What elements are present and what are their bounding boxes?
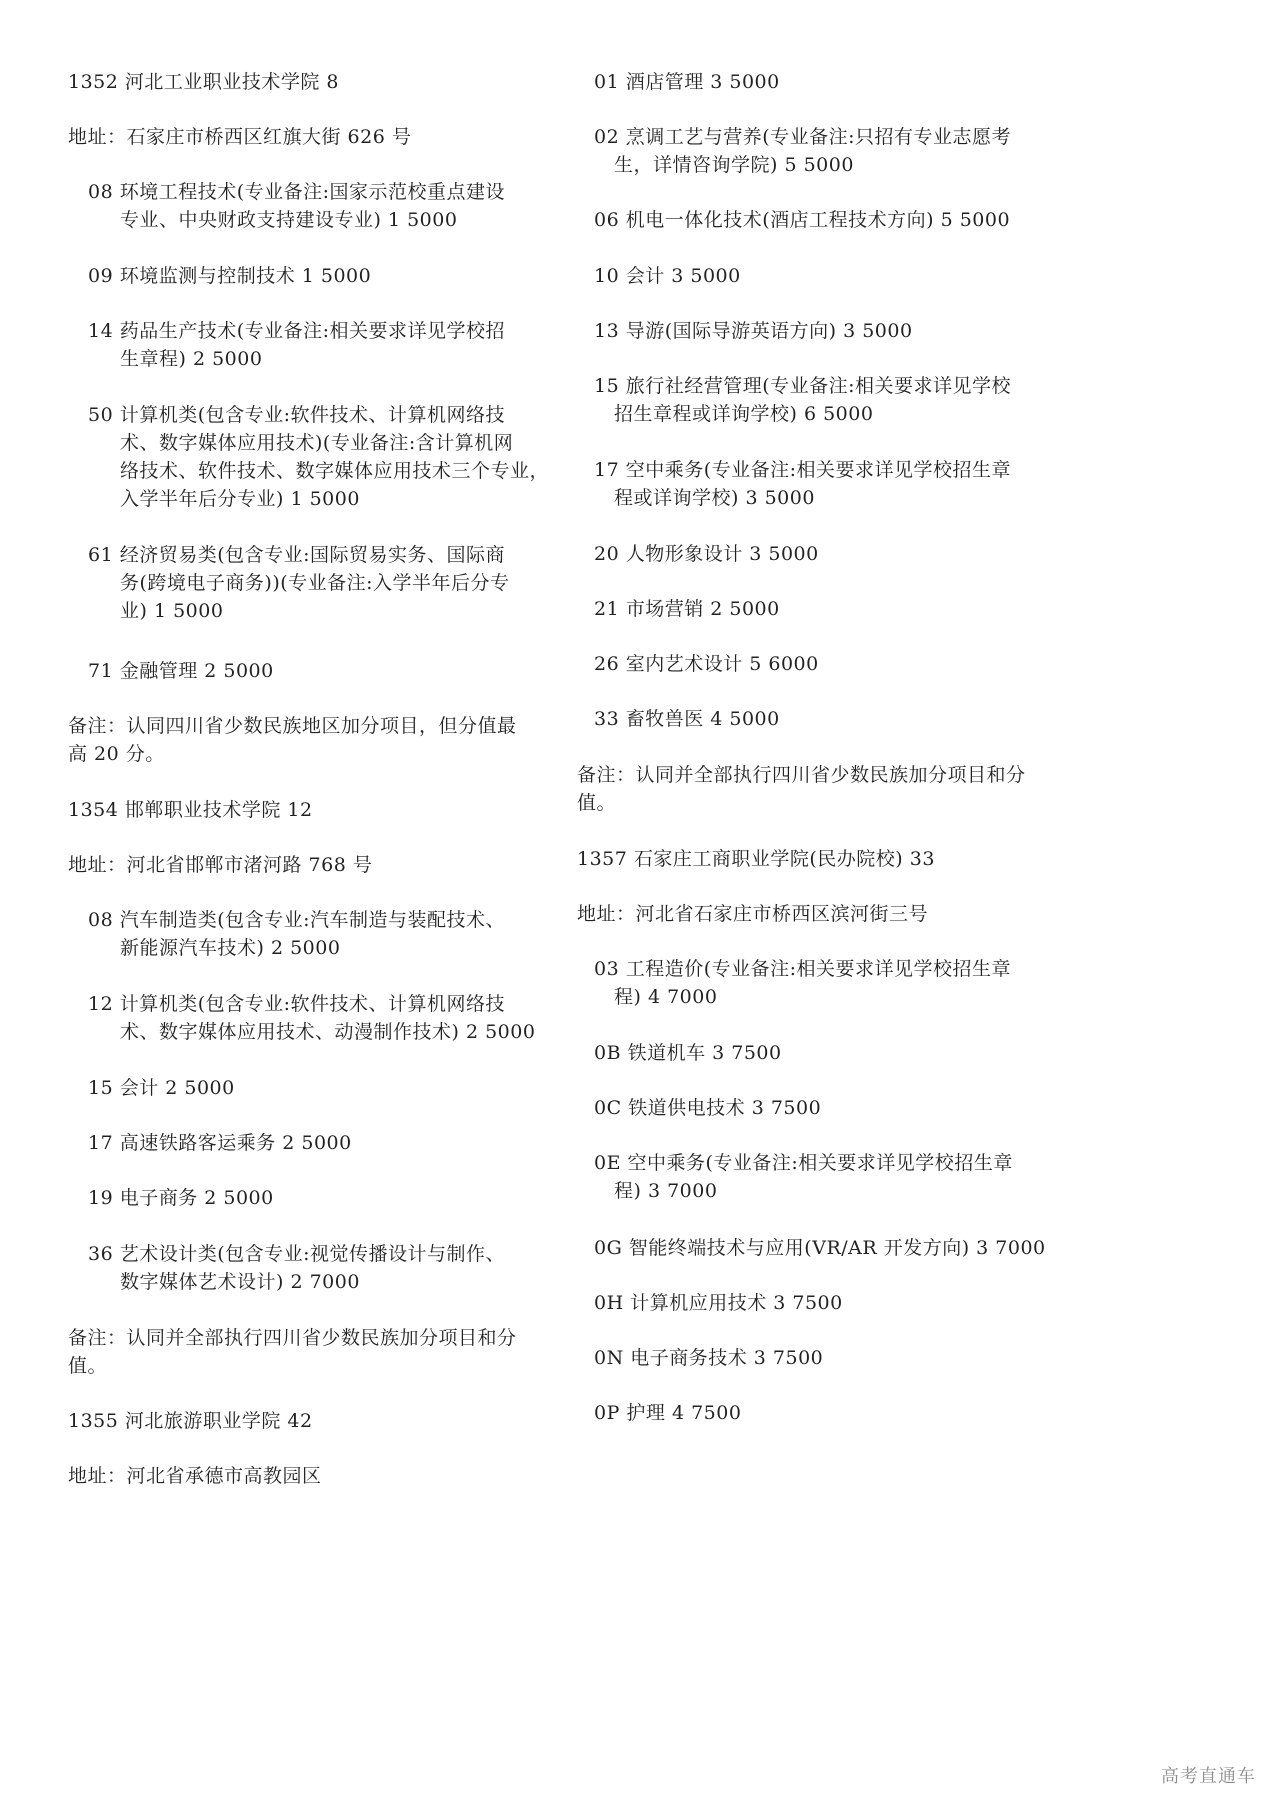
program-line: 务(跨境电子商务))(专业备注:入学半年后分专 <box>88 569 510 597</box>
program-line: 08 汽车制造类(包含专业:汽车制造与装配技术、 <box>88 906 505 934</box>
program-line: 06 机电一体化技术(酒店工程技术方向) 5 5000 <box>594 206 1010 234</box>
address-entry: 地址：河北省承德市高教园区 <box>68 1462 322 1490</box>
address-line: 地址：河北省邯郸市渚河路 768 号 <box>68 851 372 879</box>
school-line: 1357 石家庄工商职业学院(民办院校) 33 <box>577 845 935 873</box>
program-line: 17 高速铁路客运乘务 2 5000 <box>88 1129 352 1157</box>
program-line: 0N 电子商务技术 3 7500 <box>594 1344 823 1372</box>
program-line: 12 计算机类(包含专业:软件技术、计算机网络技 <box>88 990 535 1018</box>
note-line: 值。 <box>577 789 1026 817</box>
program-entry: 20 人物形象设计 3 5000 <box>594 540 819 568</box>
program-entry: 26 室内艺术设计 5 6000 <box>594 650 819 678</box>
address-entry: 地址：石家庄市桥西区红旗大街 626 号 <box>68 123 411 151</box>
program-line: 生，详情咨询学院) 5 5000 <box>594 151 1011 179</box>
program-line: 26 室内艺术设计 5 6000 <box>594 650 819 678</box>
program-line: 数字媒体艺术设计) 2 7000 <box>88 1268 505 1296</box>
program-line: 10 会计 3 5000 <box>594 262 741 290</box>
program-line: 程) 4 7000 <box>594 983 1011 1011</box>
program-entry: 0C 铁道供电技术 3 7500 <box>594 1094 821 1122</box>
program-line: 0H 计算机应用技术 3 7500 <box>594 1289 843 1317</box>
program-line: 61 经济贸易类(包含专业:国际贸易实务、国际商 <box>88 541 510 569</box>
note-line: 备注：认同四川省少数民族地区加分项目，但分值最 <box>68 712 517 740</box>
program-line: 13 导游(国际导游英语方向) 3 5000 <box>594 317 913 345</box>
program-entry: 36 艺术设计类(包含专业:视觉传播设计与制作、数字媒体艺术设计) 2 7000 <box>88 1240 505 1296</box>
address-entry: 地址：河北省石家庄市桥西区滨河街三号 <box>577 900 928 928</box>
school-line: 1354 邯郸职业技术学院 12 <box>68 796 313 824</box>
school-entry: 1352 河北工业职业技术学院 8 <box>68 68 339 96</box>
program-line: 21 市场营销 2 5000 <box>594 595 780 623</box>
program-line: 19 电子商务 2 5000 <box>88 1184 274 1212</box>
program-line: 入学半年后分专业) 1 5000 <box>88 485 549 513</box>
program-line: 0C 铁道供电技术 3 7500 <box>594 1094 821 1122</box>
program-line: 程) 3 7000 <box>594 1177 1013 1205</box>
program-entry: 15 会计 2 5000 <box>88 1074 235 1102</box>
note-line: 值。 <box>68 1352 517 1380</box>
note-line: 备注：认同并全部执行四川省少数民族加分项目和分 <box>68 1324 517 1352</box>
program-line: 01 酒店管理 3 5000 <box>594 68 780 96</box>
program-entry: 15 旅行社经营管理(专业备注:相关要求详见学校招生章程或详询学校) 6 500… <box>594 372 1011 428</box>
program-line: 17 空中乘务(专业备注:相关要求详见学校招生章 <box>594 456 1011 484</box>
program-line: 02 烹调工艺与营养(专业备注:只招有专业志愿考 <box>594 123 1011 151</box>
program-line: 0P 护理 4 7500 <box>594 1399 741 1427</box>
program-entry: 61 经济贸易类(包含专业:国际贸易实务、国际商务(跨境电子商务))(专业备注:… <box>88 541 510 625</box>
program-line: 生章程) 2 5000 <box>88 345 505 373</box>
note-line: 备注：认同并全部执行四川省少数民族加分项目和分 <box>577 761 1026 789</box>
program-line: 50 计算机类(包含专业:软件技术、计算机网络技 <box>88 401 549 429</box>
program-line: 程或详询学校) 3 5000 <box>594 484 1011 512</box>
program-entry: 33 畜牧兽医 4 5000 <box>594 705 780 733</box>
school-entry: 1357 石家庄工商职业学院(民办院校) 33 <box>577 845 935 873</box>
program-entry: 02 烹调工艺与营养(专业备注:只招有专业志愿考生，详情咨询学院) 5 5000 <box>594 123 1011 179</box>
program-entry: 71 金融管理 2 5000 <box>88 657 274 685</box>
program-line: 0G 智能终端技术与应用(VR/AR 开发方向) 3 7000 <box>594 1234 1046 1262</box>
program-entry: 10 会计 3 5000 <box>594 262 741 290</box>
program-entry: 08 汽车制造类(包含专业:汽车制造与装配技术、新能源汽车技术) 2 5000 <box>88 906 505 962</box>
document-page: 1352 河北工业职业技术学院 8地址：石家庄市桥西区红旗大街 626 号08 … <box>0 0 1280 1810</box>
program-line: 20 人物形象设计 3 5000 <box>594 540 819 568</box>
program-line: 专业、中央财政支持建设专业) 1 5000 <box>88 206 505 234</box>
program-entry: 17 高速铁路客运乘务 2 5000 <box>88 1129 352 1157</box>
program-entry: 0N 电子商务技术 3 7500 <box>594 1344 823 1372</box>
program-entry: 17 空中乘务(专业备注:相关要求详见学校招生章程或详询学校) 3 5000 <box>594 456 1011 512</box>
program-entry: 21 市场营销 2 5000 <box>594 595 780 623</box>
address-line: 地址：河北省石家庄市桥西区滨河街三号 <box>577 900 928 928</box>
program-line: 业) 1 5000 <box>88 597 510 625</box>
school-entry: 1354 邯郸职业技术学院 12 <box>68 796 313 824</box>
program-line: 15 会计 2 5000 <box>88 1074 235 1102</box>
school-line: 1352 河北工业职业技术学院 8 <box>68 68 339 96</box>
program-entry: 13 导游(国际导游英语方向) 3 5000 <box>594 317 913 345</box>
program-line: 0E 空中乘务(专业备注:相关要求详见学校招生章 <box>594 1149 1013 1177</box>
program-line: 0B 铁道机车 3 7500 <box>594 1039 782 1067</box>
program-entry: 50 计算机类(包含专业:软件技术、计算机网络技术、数字媒体应用技术)(专业备注… <box>88 401 549 513</box>
note-entry: 备注：认同四川省少数民族地区加分项目，但分值最高 20 分。 <box>68 712 517 768</box>
program-entry: 0B 铁道机车 3 7500 <box>594 1039 782 1067</box>
school-line: 1355 河北旅游职业学院 42 <box>68 1407 313 1435</box>
program-entry: 08 环境工程技术(专业备注:国家示范校重点建设专业、中央财政支持建设专业) 1… <box>88 178 505 234</box>
program-line: 33 畜牧兽医 4 5000 <box>594 705 780 733</box>
school-entry: 1355 河北旅游职业学院 42 <box>68 1407 313 1435</box>
program-line: 08 环境工程技术(专业备注:国家示范校重点建设 <box>88 178 505 206</box>
program-entry: 01 酒店管理 3 5000 <box>594 68 780 96</box>
program-entry: 12 计算机类(包含专业:软件技术、计算机网络技术、数字媒体应用技术、动漫制作技… <box>88 990 535 1046</box>
program-entry: 0G 智能终端技术与应用(VR/AR 开发方向) 3 7000 <box>594 1234 1046 1262</box>
note-entry: 备注：认同并全部执行四川省少数民族加分项目和分值。 <box>577 761 1026 817</box>
program-line: 36 艺术设计类(包含专业:视觉传播设计与制作、 <box>88 1240 505 1268</box>
address-line: 地址：石家庄市桥西区红旗大街 626 号 <box>68 123 411 151</box>
program-line: 术、数字媒体应用技术)(专业备注:含计算机网 <box>88 429 549 457</box>
program-line: 术、数字媒体应用技术、动漫制作技术) 2 5000 <box>88 1018 535 1046</box>
note-entry: 备注：认同并全部执行四川省少数民族加分项目和分值。 <box>68 1324 517 1380</box>
watermark: 高考直通车 <box>1161 1762 1256 1788</box>
address-entry: 地址：河北省邯郸市渚河路 768 号 <box>68 851 372 879</box>
program-entry: 03 工程造价(专业备注:相关要求详见学校招生章程) 4 7000 <box>594 955 1011 1011</box>
note-line: 高 20 分。 <box>68 740 517 768</box>
program-line: 15 旅行社经营管理(专业备注:相关要求详见学校 <box>594 372 1011 400</box>
program-entry: 09 环境监测与控制技术 1 5000 <box>88 262 371 290</box>
program-line: 新能源汽车技术) 2 5000 <box>88 934 505 962</box>
address-line: 地址：河北省承德市高教园区 <box>68 1462 322 1490</box>
program-entry: 06 机电一体化技术(酒店工程技术方向) 5 5000 <box>594 206 1010 234</box>
program-line: 络技术、软件技术、数字媒体应用技术三个专业， <box>88 457 549 485</box>
program-line: 招生章程或详询学校) 6 5000 <box>594 400 1011 428</box>
program-line: 14 药品生产技术(专业备注:相关要求详见学校招 <box>88 317 505 345</box>
program-entry: 0E 空中乘务(专业备注:相关要求详见学校招生章程) 3 7000 <box>594 1149 1013 1205</box>
program-entry: 14 药品生产技术(专业备注:相关要求详见学校招生章程) 2 5000 <box>88 317 505 373</box>
program-entry: 0P 护理 4 7500 <box>594 1399 741 1427</box>
program-line: 71 金融管理 2 5000 <box>88 657 274 685</box>
program-line: 03 工程造价(专业备注:相关要求详见学校招生章 <box>594 955 1011 983</box>
program-entry: 19 电子商务 2 5000 <box>88 1184 274 1212</box>
program-line: 09 环境监测与控制技术 1 5000 <box>88 262 371 290</box>
program-entry: 0H 计算机应用技术 3 7500 <box>594 1289 843 1317</box>
